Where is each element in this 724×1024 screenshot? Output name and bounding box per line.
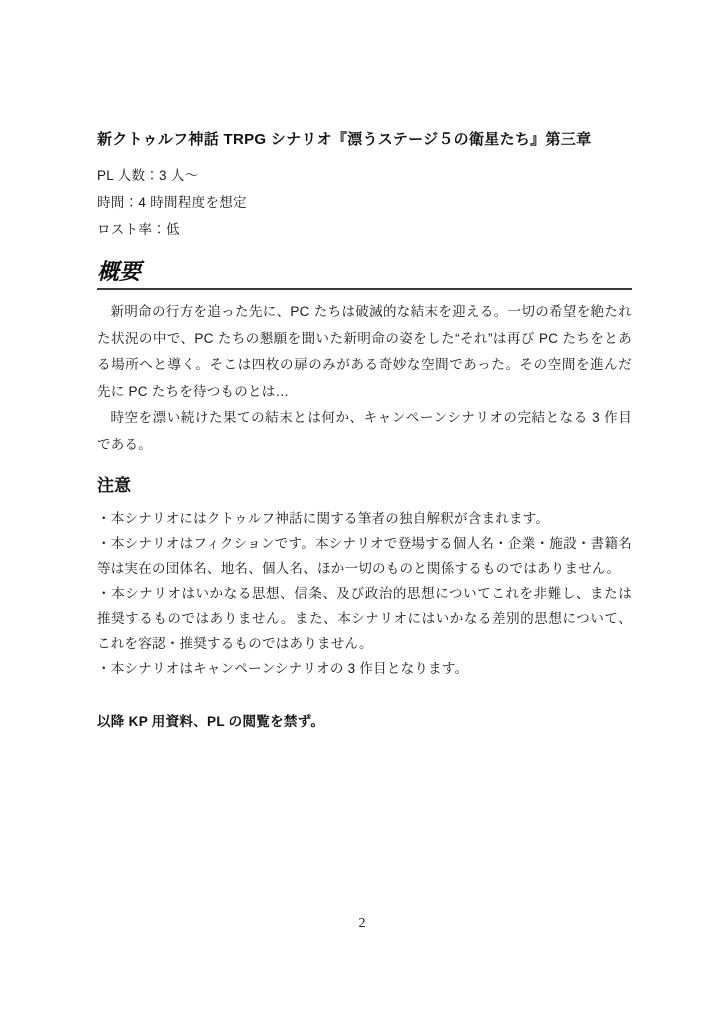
- overview-section-body: 新明命の行方を追った先に、PC たちは破滅的な結末を迎える。一切の希望を絶たれた…: [97, 299, 632, 458]
- notice-item: ・本シナリオはいかなる思想、信条、及び政治的思想についてこれを非難し、または推奨…: [97, 581, 632, 656]
- meta-player-count: PL 人数：3 人～: [97, 162, 632, 189]
- meta-lost-rate: ロスト率：低: [97, 216, 632, 243]
- document-content: 新クトゥルフ神話 TRPG シナリオ『漂うステージ５の衛星たち』第三章 PL 人…: [97, 0, 632, 734]
- meta-play-time: 時間：4 時間程度を想定: [97, 189, 632, 216]
- scenario-meta: PL 人数：3 人～ 時間：4 時間程度を想定 ロスト率：低: [97, 162, 632, 243]
- notice-section-body: ・本シナリオにはクトゥルフ神話に関する筆者の独自解釈が含まれます。 ・本シナリオ…: [97, 506, 632, 681]
- document-page: 新クトゥルフ神話 TRPG シナリオ『漂うステージ５の衛星たち』第三章 PL 人…: [0, 0, 724, 1024]
- overview-paragraph: 新明命の行方を追った先に、PC たちは破滅的な結末を迎える。一切の希望を絶たれた…: [97, 299, 632, 405]
- notice-section-heading: 注意: [97, 474, 632, 498]
- overview-paragraph: 時空を漂い続けた果ての結末とは何か、キャンペーンシナリオの完結となる 3 作目で…: [97, 405, 632, 458]
- overview-section-heading: 概要: [97, 259, 632, 290]
- kp-restriction-note: 以降 KP 用資料、PL の閲覧を禁ず。: [97, 709, 632, 734]
- notice-item: ・本シナリオはフィクションです。本シナリオで登場する個人名・企業・施設・書籍名等…: [97, 531, 632, 581]
- page-title: 新クトゥルフ神話 TRPG シナリオ『漂うステージ５の衛星たち』第三章: [97, 128, 632, 151]
- notice-item: ・本シナリオにはクトゥルフ神話に関する筆者の独自解釈が含まれます。: [97, 506, 632, 531]
- page-number: 2: [0, 916, 724, 932]
- notice-item: ・本シナリオはキャンペーンシナリオの 3 作目となります。: [97, 656, 632, 681]
